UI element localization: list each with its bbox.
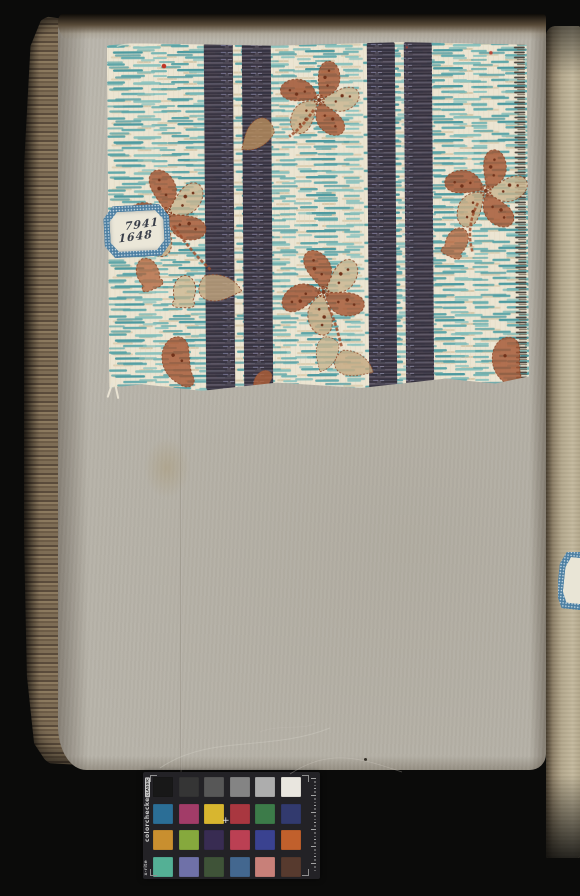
colorchecker-patch xyxy=(179,830,199,850)
crop-mark xyxy=(302,775,309,782)
colorchecker-card: CLASSIC colorchecker x-rite + xyxy=(143,772,320,879)
photograph-textile-sample-book: 7941 1648 CLASSIC colorchecker x-rite + xyxy=(0,0,580,896)
crop-mark xyxy=(150,775,157,782)
colorchecker-patch xyxy=(281,830,301,850)
colorchecker-patch xyxy=(230,804,250,824)
red-speck xyxy=(406,46,408,48)
page-speck xyxy=(364,758,367,761)
facing-page-label-partial xyxy=(558,552,580,610)
colorchecker-patch xyxy=(230,777,250,797)
colorchecker-patch xyxy=(255,857,275,877)
crop-mark xyxy=(150,869,157,876)
colorchecker-patch xyxy=(230,830,250,850)
page-stain xyxy=(144,438,190,498)
colorchecker-patch xyxy=(153,804,173,824)
selvage-fringe xyxy=(514,45,529,385)
colorchecker-patch xyxy=(230,857,250,877)
colorchecker-patch xyxy=(204,857,224,877)
colorchecker-patch xyxy=(281,777,301,797)
xrite-logo: x-rite xyxy=(144,860,149,876)
colorchecker-patch xyxy=(255,804,275,824)
colorchecker-patch xyxy=(204,804,224,824)
colorchecker-patch xyxy=(281,857,301,877)
facing-page-edge xyxy=(546,26,580,858)
colorchecker-brand: colorchecker xyxy=(144,794,151,842)
colorchecker-patch xyxy=(179,857,199,877)
fabric-swatch xyxy=(107,41,529,392)
red-speck xyxy=(489,51,493,55)
inventory-number-bottom: 1648 xyxy=(118,229,152,246)
fabric-pattern xyxy=(107,41,529,392)
registration-cross: + xyxy=(222,817,230,826)
inventory-label: 7941 1648 xyxy=(103,203,172,258)
colorchecker-patch xyxy=(204,777,224,797)
crop-mark xyxy=(302,869,309,876)
colorchecker-patch xyxy=(153,830,173,850)
colorchecker-grid xyxy=(153,777,301,877)
colorchecker-patch xyxy=(204,830,224,850)
colorchecker-patch xyxy=(255,830,275,850)
colorchecker-ruler xyxy=(310,778,316,873)
colorchecker-patch xyxy=(281,804,301,824)
inventory-label-face: 7941 1648 xyxy=(109,210,165,253)
colorchecker-patch xyxy=(255,777,275,797)
red-speck xyxy=(162,64,167,69)
colorchecker-patch xyxy=(179,804,199,824)
colorchecker-patch xyxy=(179,777,199,797)
